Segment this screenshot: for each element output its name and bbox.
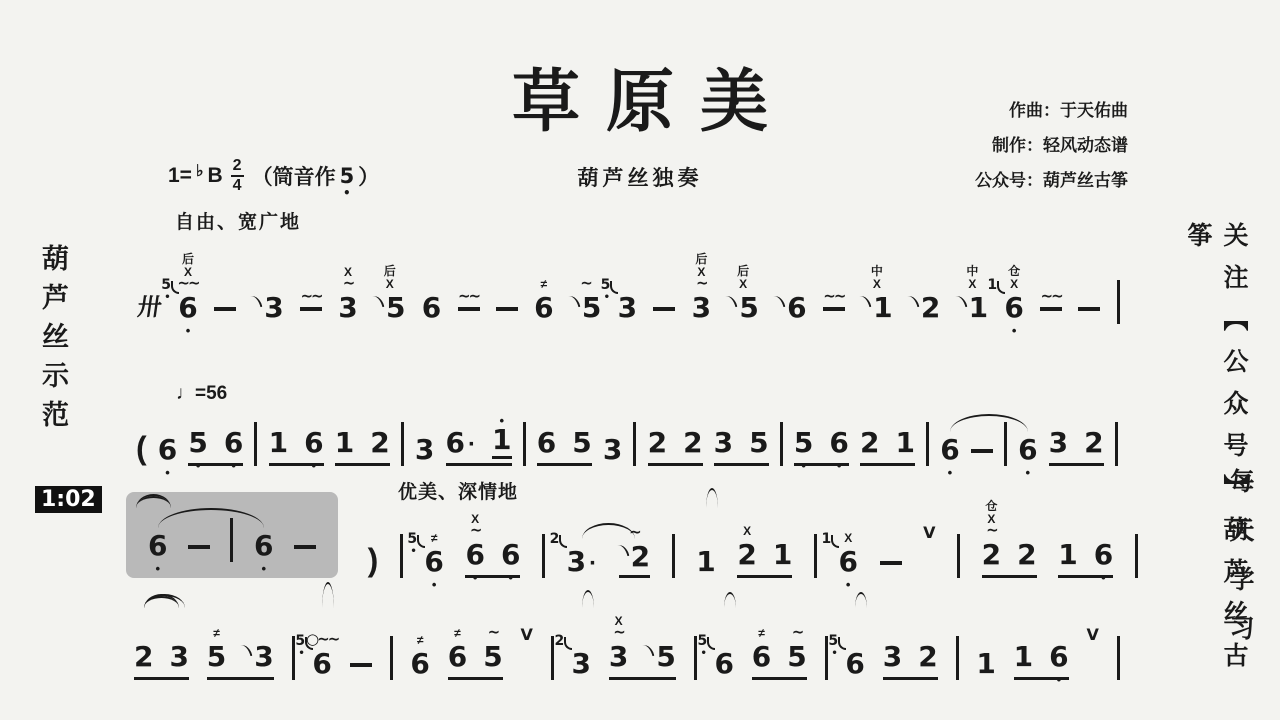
note: 3 bbox=[169, 643, 188, 673]
ornament: 后X~~ bbox=[177, 253, 198, 291]
note: ~~ bbox=[823, 307, 845, 324]
barline bbox=[401, 422, 404, 466]
grace-note: 5• bbox=[161, 277, 179, 294]
note: 中X1 bbox=[861, 294, 892, 324]
beam-group: 65 bbox=[537, 429, 592, 466]
note: 后X5 bbox=[374, 294, 405, 324]
note: 1 bbox=[269, 429, 288, 459]
note: 2 bbox=[909, 294, 940, 324]
note: 5• bbox=[188, 429, 207, 459]
barline bbox=[1115, 422, 1118, 466]
beam-group: 5•6• bbox=[188, 429, 243, 466]
note: 1 bbox=[335, 429, 354, 459]
note: 2 bbox=[648, 429, 667, 459]
beam-group: ≠53 bbox=[207, 643, 274, 680]
note bbox=[1078, 307, 1100, 324]
note: X16• bbox=[838, 548, 857, 578]
note: 23· bbox=[567, 548, 597, 578]
expression-mark-2: 优美、深情地 bbox=[398, 477, 518, 504]
note: 5•3 bbox=[618, 294, 637, 324]
extension-dash bbox=[880, 561, 902, 565]
barline bbox=[1117, 636, 1120, 680]
note: 6• bbox=[940, 436, 959, 466]
beam-group: X~35 bbox=[609, 643, 676, 680]
note: 5•6 bbox=[845, 650, 864, 680]
grace-note: 5• bbox=[407, 531, 425, 548]
barline bbox=[956, 636, 959, 680]
slur bbox=[724, 592, 736, 608]
ornament: 后X~ bbox=[695, 253, 707, 291]
note: 1• bbox=[492, 426, 511, 459]
note: 2 bbox=[134, 643, 153, 673]
barline bbox=[780, 422, 783, 466]
beam-group: 6·1• bbox=[446, 426, 512, 466]
note: 3 bbox=[603, 436, 622, 466]
grace-note: 2 bbox=[550, 531, 568, 548]
note bbox=[496, 307, 518, 324]
note: ≠5•6• bbox=[424, 548, 443, 578]
note: ≠6 bbox=[752, 643, 771, 673]
slur bbox=[322, 582, 334, 608]
note bbox=[880, 561, 902, 578]
note: ~5 bbox=[570, 294, 601, 324]
note: 2 bbox=[918, 643, 937, 673]
extension-dash bbox=[1078, 307, 1100, 311]
note: X~3 bbox=[338, 294, 357, 324]
note: 6• bbox=[158, 436, 177, 466]
beam-group: 12 bbox=[335, 429, 390, 466]
notation-line-3: 6•6•)≠5•6•X~6•6•23·~21X21X16•V仓X~2216• bbox=[126, 512, 1138, 578]
note: 5 bbox=[644, 643, 675, 673]
ornament: 后X bbox=[737, 265, 749, 291]
note: 中X1 bbox=[957, 294, 988, 324]
note: ≠5 bbox=[207, 643, 226, 673]
note: 仓X16• bbox=[1004, 294, 1023, 324]
slide-hook bbox=[860, 294, 872, 309]
daily-study-label: 每天学习 bbox=[1222, 468, 1258, 664]
extension-dash bbox=[1040, 307, 1062, 311]
sheet-music-page: 草原美 作曲：于天佑曲 制作：轻风动态谱 公众号：葫芦丝古筝 1=♭B 2 4 … bbox=[0, 0, 1280, 720]
note: 3 bbox=[252, 294, 283, 324]
note: X~3 bbox=[609, 643, 628, 673]
note: 1 bbox=[1014, 643, 1033, 673]
note: 6• bbox=[224, 429, 243, 459]
note bbox=[971, 449, 993, 466]
note: 5 bbox=[749, 429, 768, 459]
barline bbox=[825, 636, 828, 680]
barline bbox=[633, 422, 636, 466]
slur bbox=[582, 523, 635, 539]
note: ≠6 bbox=[448, 643, 467, 673]
beam-group: ≠6~5 bbox=[448, 643, 503, 680]
note: 6• bbox=[1049, 643, 1068, 673]
expression-mark-1: 自由、宽广地 bbox=[175, 207, 301, 234]
note bbox=[294, 545, 316, 562]
ornament: ~~ bbox=[458, 292, 479, 304]
barline bbox=[292, 636, 295, 680]
parenthesis: ) bbox=[368, 544, 379, 576]
beam-group: 22 bbox=[648, 429, 703, 466]
note: 6 bbox=[775, 294, 806, 324]
slur bbox=[855, 592, 867, 608]
ornament: 中X bbox=[966, 265, 978, 291]
note: 后X~~5•6• bbox=[178, 294, 197, 324]
ornament: X bbox=[844, 532, 852, 545]
note: 6• bbox=[1018, 436, 1037, 466]
composer-credit: 作曲：于天佑曲 bbox=[975, 94, 1128, 129]
barline bbox=[1117, 280, 1120, 324]
slide-hook bbox=[241, 643, 253, 658]
ornament: ~ bbox=[580, 279, 591, 291]
beam-group: 21 bbox=[860, 429, 915, 466]
ornament: X~ bbox=[613, 615, 624, 640]
slur bbox=[158, 508, 264, 528]
free-meter-sign: 卅 bbox=[136, 287, 165, 322]
note: 3 bbox=[1049, 429, 1068, 459]
barline bbox=[926, 422, 929, 466]
note: ≠6 bbox=[410, 650, 429, 680]
left-vertical-label: 葫芦丝示范 bbox=[34, 244, 73, 439]
ornament: ≠ bbox=[213, 627, 220, 640]
barline bbox=[1135, 534, 1138, 578]
note: 23 bbox=[572, 650, 591, 680]
subtitle: 葫芦丝独奏 bbox=[0, 162, 1280, 192]
note: ○~~5•6 bbox=[312, 650, 331, 680]
note: 5•6 bbox=[714, 650, 733, 680]
ornament: ≠ bbox=[431, 532, 438, 545]
note bbox=[188, 545, 210, 562]
note: ≠6 bbox=[534, 294, 553, 324]
beam-group: 16• bbox=[1058, 541, 1113, 578]
grace-note: 5• bbox=[601, 277, 619, 294]
barline bbox=[254, 422, 257, 466]
barline bbox=[542, 534, 545, 578]
ornament: ≠ bbox=[417, 634, 424, 647]
beam-group: X21 bbox=[737, 541, 792, 578]
ornament: X~ bbox=[343, 266, 354, 291]
slide-hook bbox=[643, 643, 655, 658]
timestamp-badge: 1:02 bbox=[35, 486, 102, 513]
extension-dash bbox=[300, 307, 322, 311]
note: 6• bbox=[148, 532, 167, 562]
extension-dash bbox=[653, 307, 675, 311]
parenthesis: ( bbox=[136, 432, 147, 464]
note: 3 bbox=[415, 436, 434, 466]
ornament: 仓X~ bbox=[985, 500, 997, 538]
beam-group: 5•6• bbox=[794, 429, 849, 466]
note: 6• bbox=[829, 429, 848, 459]
ornament: ≠ bbox=[758, 627, 765, 640]
note: 1 bbox=[696, 548, 715, 578]
ornament: X~ bbox=[470, 513, 481, 538]
note: 3 bbox=[883, 643, 902, 673]
note: 1 bbox=[1058, 541, 1077, 571]
note bbox=[653, 307, 675, 324]
note: 3 bbox=[242, 643, 273, 673]
extension-dash bbox=[188, 545, 210, 549]
note: 3 bbox=[714, 429, 733, 459]
note bbox=[214, 307, 236, 324]
note: 2 bbox=[1017, 541, 1036, 571]
note: 1 bbox=[773, 541, 792, 571]
slur bbox=[706, 488, 718, 508]
slur bbox=[950, 414, 1028, 432]
slide-hook bbox=[617, 543, 629, 558]
note: ~~ bbox=[300, 307, 322, 324]
note: 6• bbox=[501, 541, 520, 571]
grace-note: 2 bbox=[555, 633, 573, 650]
grace-note: 5• bbox=[828, 633, 846, 650]
note: ~5 bbox=[787, 643, 806, 673]
notation-line-2: (6•5•6•16•1236·1•65322355•6•216•6•32 bbox=[136, 404, 1118, 466]
breath-mark: V bbox=[923, 523, 935, 542]
beam-group: ≠6~5 bbox=[752, 643, 807, 680]
barline bbox=[957, 534, 960, 578]
slide-hook bbox=[568, 294, 580, 309]
breath-mark: V bbox=[1086, 625, 1098, 644]
ornament: ~~ bbox=[300, 292, 321, 304]
slide-hook bbox=[907, 294, 919, 309]
note: 后X~3 bbox=[692, 294, 711, 324]
note: 5 bbox=[572, 429, 591, 459]
extension-dash bbox=[496, 307, 518, 311]
note: X2 bbox=[737, 541, 756, 571]
barline bbox=[390, 636, 393, 680]
note: 6• bbox=[254, 532, 273, 562]
beam-group: 32 bbox=[1049, 429, 1104, 466]
extension-dash bbox=[350, 663, 372, 667]
note: ~5 bbox=[483, 643, 502, 673]
extension-dash bbox=[214, 307, 236, 311]
ornament: 后X bbox=[384, 265, 396, 291]
note: 2 bbox=[1084, 429, 1103, 459]
barline bbox=[672, 534, 675, 578]
tempo-mark: ♩=56 bbox=[176, 383, 227, 405]
beam-group: 32 bbox=[883, 643, 938, 680]
ornament: ~ bbox=[792, 628, 803, 640]
note: 1 bbox=[895, 429, 914, 459]
note: ~2 bbox=[619, 543, 650, 578]
ornament: ~~ bbox=[1041, 292, 1062, 304]
note: 6 bbox=[422, 294, 441, 324]
note: X~6• bbox=[465, 541, 484, 571]
ornament: 中X bbox=[871, 265, 883, 291]
note: 后X5 bbox=[727, 294, 758, 324]
note: 2 bbox=[370, 429, 389, 459]
extension-dash bbox=[294, 545, 316, 549]
grace-note: 1 bbox=[821, 531, 839, 548]
note: 2 bbox=[860, 429, 879, 459]
note: 6· bbox=[446, 429, 476, 459]
note: 1 bbox=[976, 650, 995, 680]
note: 6 bbox=[537, 429, 556, 459]
extension-dash bbox=[458, 307, 480, 311]
note: 仓X~2 bbox=[982, 541, 1001, 571]
barline bbox=[814, 534, 817, 578]
note: 6• bbox=[1094, 541, 1113, 571]
slide-hook bbox=[251, 294, 263, 309]
note: 6• bbox=[304, 429, 323, 459]
beam-group: X~6•6• bbox=[465, 541, 520, 578]
slide-hook bbox=[373, 294, 385, 309]
ornament: ~ bbox=[488, 628, 499, 640]
beam-group: 16• bbox=[269, 429, 324, 466]
grace-note: 5• bbox=[295, 633, 313, 650]
notation-line-1: 卅后X~~5•6•3~~X~3后X56~~≠6~55•3后X~3后X56~~中X… bbox=[138, 262, 1120, 324]
note: 2 bbox=[683, 429, 702, 459]
ornament: ~~ bbox=[823, 292, 844, 304]
breath-mark: V bbox=[521, 625, 533, 644]
slide-hook bbox=[955, 294, 967, 309]
barline bbox=[551, 636, 554, 680]
note: ~~ bbox=[458, 307, 480, 324]
ornament: ≠ bbox=[541, 278, 548, 291]
extension-dash bbox=[971, 449, 993, 453]
note: 5• bbox=[794, 429, 813, 459]
producer-credit: 制作：轻风动态谱 bbox=[975, 129, 1128, 164]
grace-note: 5• bbox=[697, 633, 715, 650]
beam-group: 35 bbox=[714, 429, 769, 466]
barline bbox=[523, 422, 526, 466]
note bbox=[350, 663, 372, 680]
extension-dash bbox=[823, 307, 845, 311]
barline bbox=[400, 534, 403, 578]
slide-hook bbox=[774, 294, 786, 309]
ornament: ≠ bbox=[454, 627, 461, 640]
ornament: 仓X bbox=[1008, 265, 1020, 291]
beam-group: 仓X~22 bbox=[982, 541, 1037, 578]
slur bbox=[582, 590, 594, 608]
beam-group: 23 bbox=[134, 643, 189, 680]
notation-line-4: 23≠53○~~5•6≠6≠6~5V23X~355•6≠6~55•632116•… bbox=[134, 612, 1120, 680]
beam-group: 16• bbox=[1014, 643, 1069, 680]
note: ~~ bbox=[1040, 307, 1062, 324]
ornament: X bbox=[743, 525, 751, 538]
grace-note: 1 bbox=[987, 277, 1005, 294]
barline bbox=[694, 636, 697, 680]
slide-hook bbox=[726, 294, 738, 309]
